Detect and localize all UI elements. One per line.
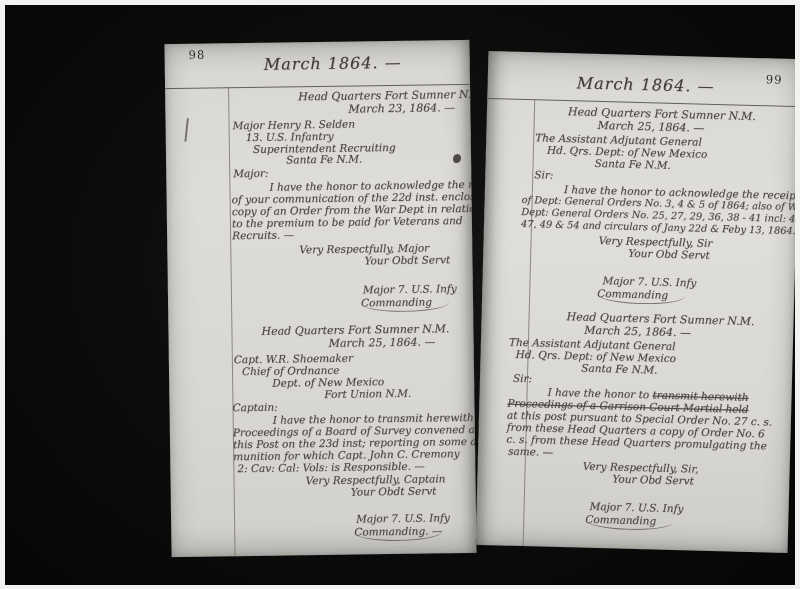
running-head: March 1864. — — [556, 77, 736, 94]
signature-line: Major 7. U.S. Infy — [602, 275, 696, 289]
margin-rule — [228, 87, 236, 556]
closing-line: Your Obdt Servt — [351, 485, 437, 498]
microfilm-background: 98 March 1864. — Head Quarters Fort Sumn… — [5, 5, 795, 585]
addressee-line: Major Henry R. Selden — [233, 119, 356, 133]
signature-line: Major 7. U.S. Infy — [356, 512, 450, 525]
signature-flourish — [597, 294, 685, 305]
running-head: March 1864. — — [243, 57, 423, 72]
ink-blemish — [453, 154, 461, 163]
page-number: 98 — [189, 49, 206, 61]
signature-flourish — [585, 520, 673, 531]
addressee-line: Fort Union N.M. — [324, 388, 411, 401]
body-line: to the premium to be paid for Veterans a… — [232, 215, 463, 230]
salutation-line: Sir: — [513, 373, 532, 385]
signature-flourish — [361, 302, 449, 312]
ledger-page-left: 98 March 1864. — Head Quarters Fort Sumn… — [164, 40, 476, 557]
letter-date-line: March 25, 1864. — — [329, 336, 436, 349]
signature-line: Major 7. U.S. Infy — [363, 283, 457, 296]
salutation-line: Sir: — [534, 169, 553, 181]
margin-rule — [523, 99, 536, 546]
addressee-line: Santa Fe N.M. — [286, 153, 362, 166]
addressee-line: Santa Fe N.M. — [581, 363, 658, 377]
body-line: Recruits. — — [232, 229, 294, 242]
signature-line: Major 7. U.S. Infy — [589, 501, 683, 515]
ledger-page-right: 99 March 1864. — Head Quarters Fort Sumn… — [476, 51, 795, 553]
closing-line: Your Obdt Servt — [364, 254, 450, 267]
signature-flourish — [354, 531, 442, 541]
salutation-line: Major: — [233, 168, 268, 180]
letter-date-line: March 23, 1864. — — [348, 102, 455, 115]
letter-date-line: March 25, 1864. — — [584, 325, 691, 340]
margin-tick — [184, 118, 188, 142]
letter-date-line: March 25, 1864. — — [597, 120, 704, 135]
salutation-line: Captain: — [232, 402, 277, 415]
closing-line: Your Obd Servt — [612, 473, 694, 487]
closing-line: Your Obd Servt — [628, 248, 710, 262]
page-number: 99 — [766, 73, 783, 85]
addressee-line: Santa Fe N.M. — [594, 158, 671, 172]
body-line: same. — — [508, 446, 553, 459]
